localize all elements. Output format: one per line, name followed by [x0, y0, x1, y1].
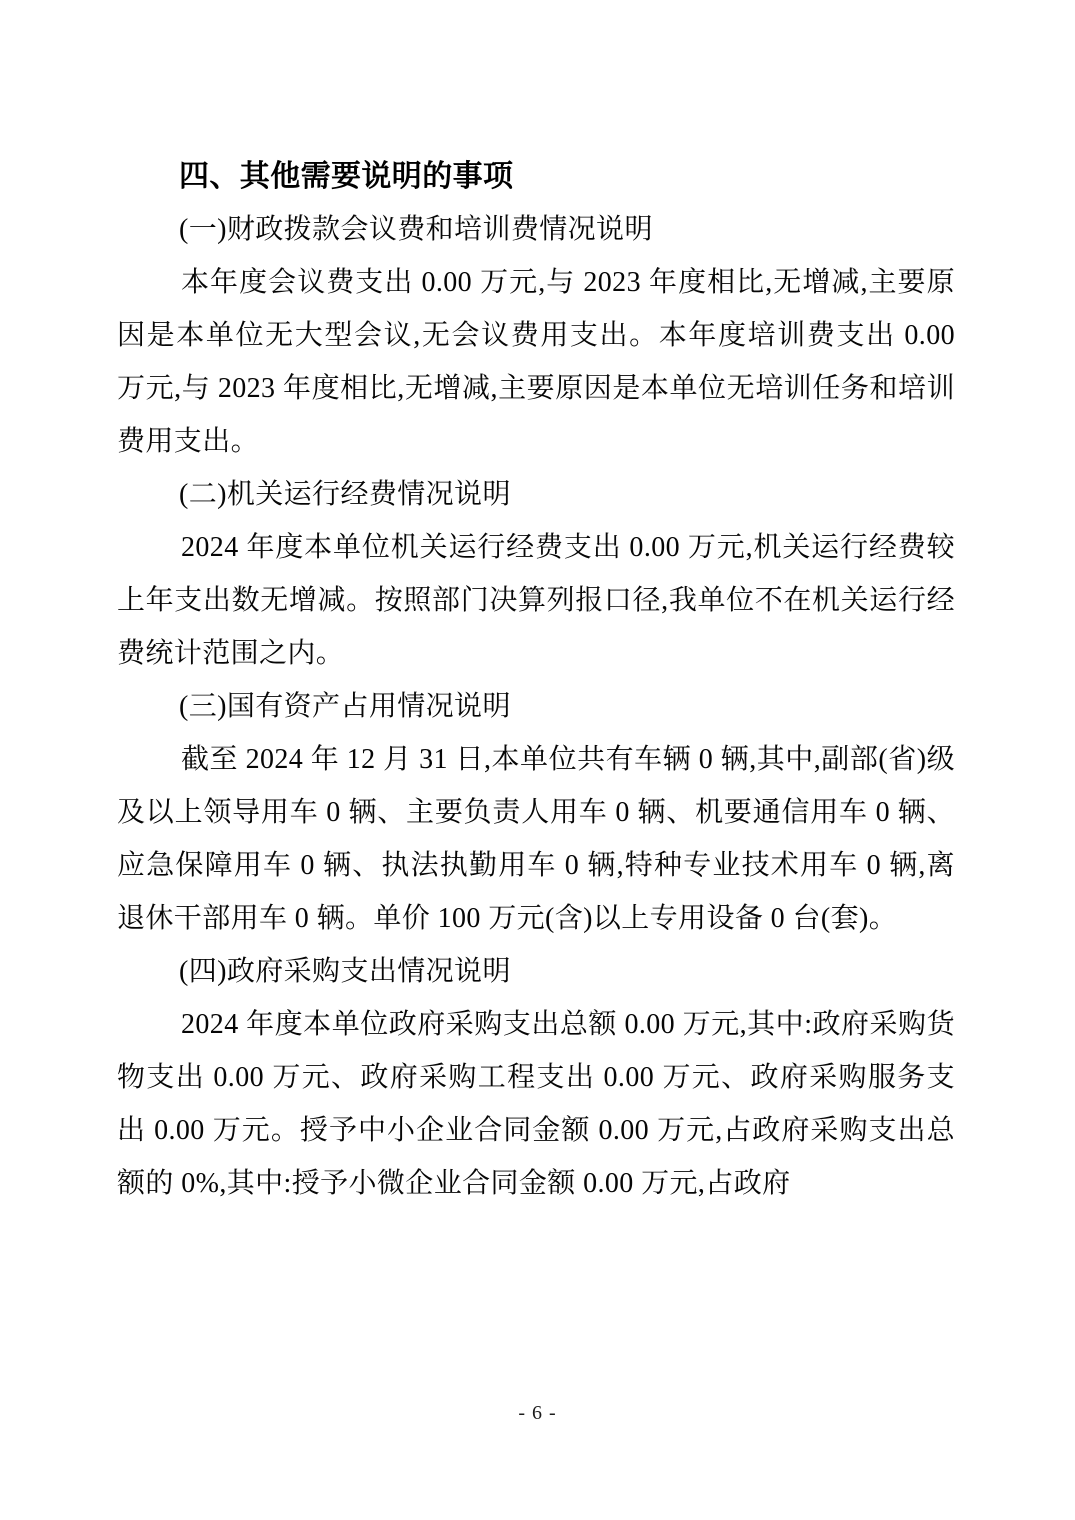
subsection-meeting-training-fees: (一)财政拨款会议费和培训费情况说明 本年度会议费支出 0.00 万元,与 20… [117, 203, 955, 468]
subsection-heading: (四)政府采购支出情况说明 [117, 945, 955, 998]
subsection-operating-expenses: (二)机关运行经费情况说明 2024 年度本单位机关运行经费支出 0.00 万元… [117, 468, 955, 680]
section-heading: 四、其他需要说明的事项 [117, 150, 955, 203]
page-footer: - 6 - [0, 1402, 1075, 1425]
paragraph: 本年度会议费支出 0.00 万元,与 2023 年度相比,无增减,主要原因是本单… [117, 256, 955, 468]
paragraph: 截至 2024 年 12 月 31 日,本单位共有车辆 0 辆,其中,副部(省)… [117, 733, 955, 945]
subsection-heading: (二)机关运行经费情况说明 [117, 468, 955, 521]
paragraph: 2024 年度本单位政府采购支出总额 0.00 万元,其中:政府采购货物支出 0… [117, 998, 955, 1210]
subsection-heading: (一)财政拨款会议费和培训费情况说明 [117, 203, 955, 256]
paragraph: 2024 年度本单位机关运行经费支出 0.00 万元,机关运行经费较上年支出数无… [117, 521, 955, 680]
subsection-state-assets: (三)国有资产占用情况说明 截至 2024 年 12 月 31 日,本单位共有车… [117, 680, 955, 945]
document-body: 四、其他需要说明的事项 (一)财政拨款会议费和培训费情况说明 本年度会议费支出 … [117, 150, 955, 1210]
document-page: 四、其他需要说明的事项 (一)财政拨款会议费和培训费情况说明 本年度会议费支出 … [0, 0, 1075, 1520]
subsection-heading: (三)国有资产占用情况说明 [117, 680, 955, 733]
page-number: - 6 - [518, 1402, 556, 1424]
subsection-government-procurement: (四)政府采购支出情况说明 2024 年度本单位政府采购支出总额 0.00 万元… [117, 945, 955, 1210]
